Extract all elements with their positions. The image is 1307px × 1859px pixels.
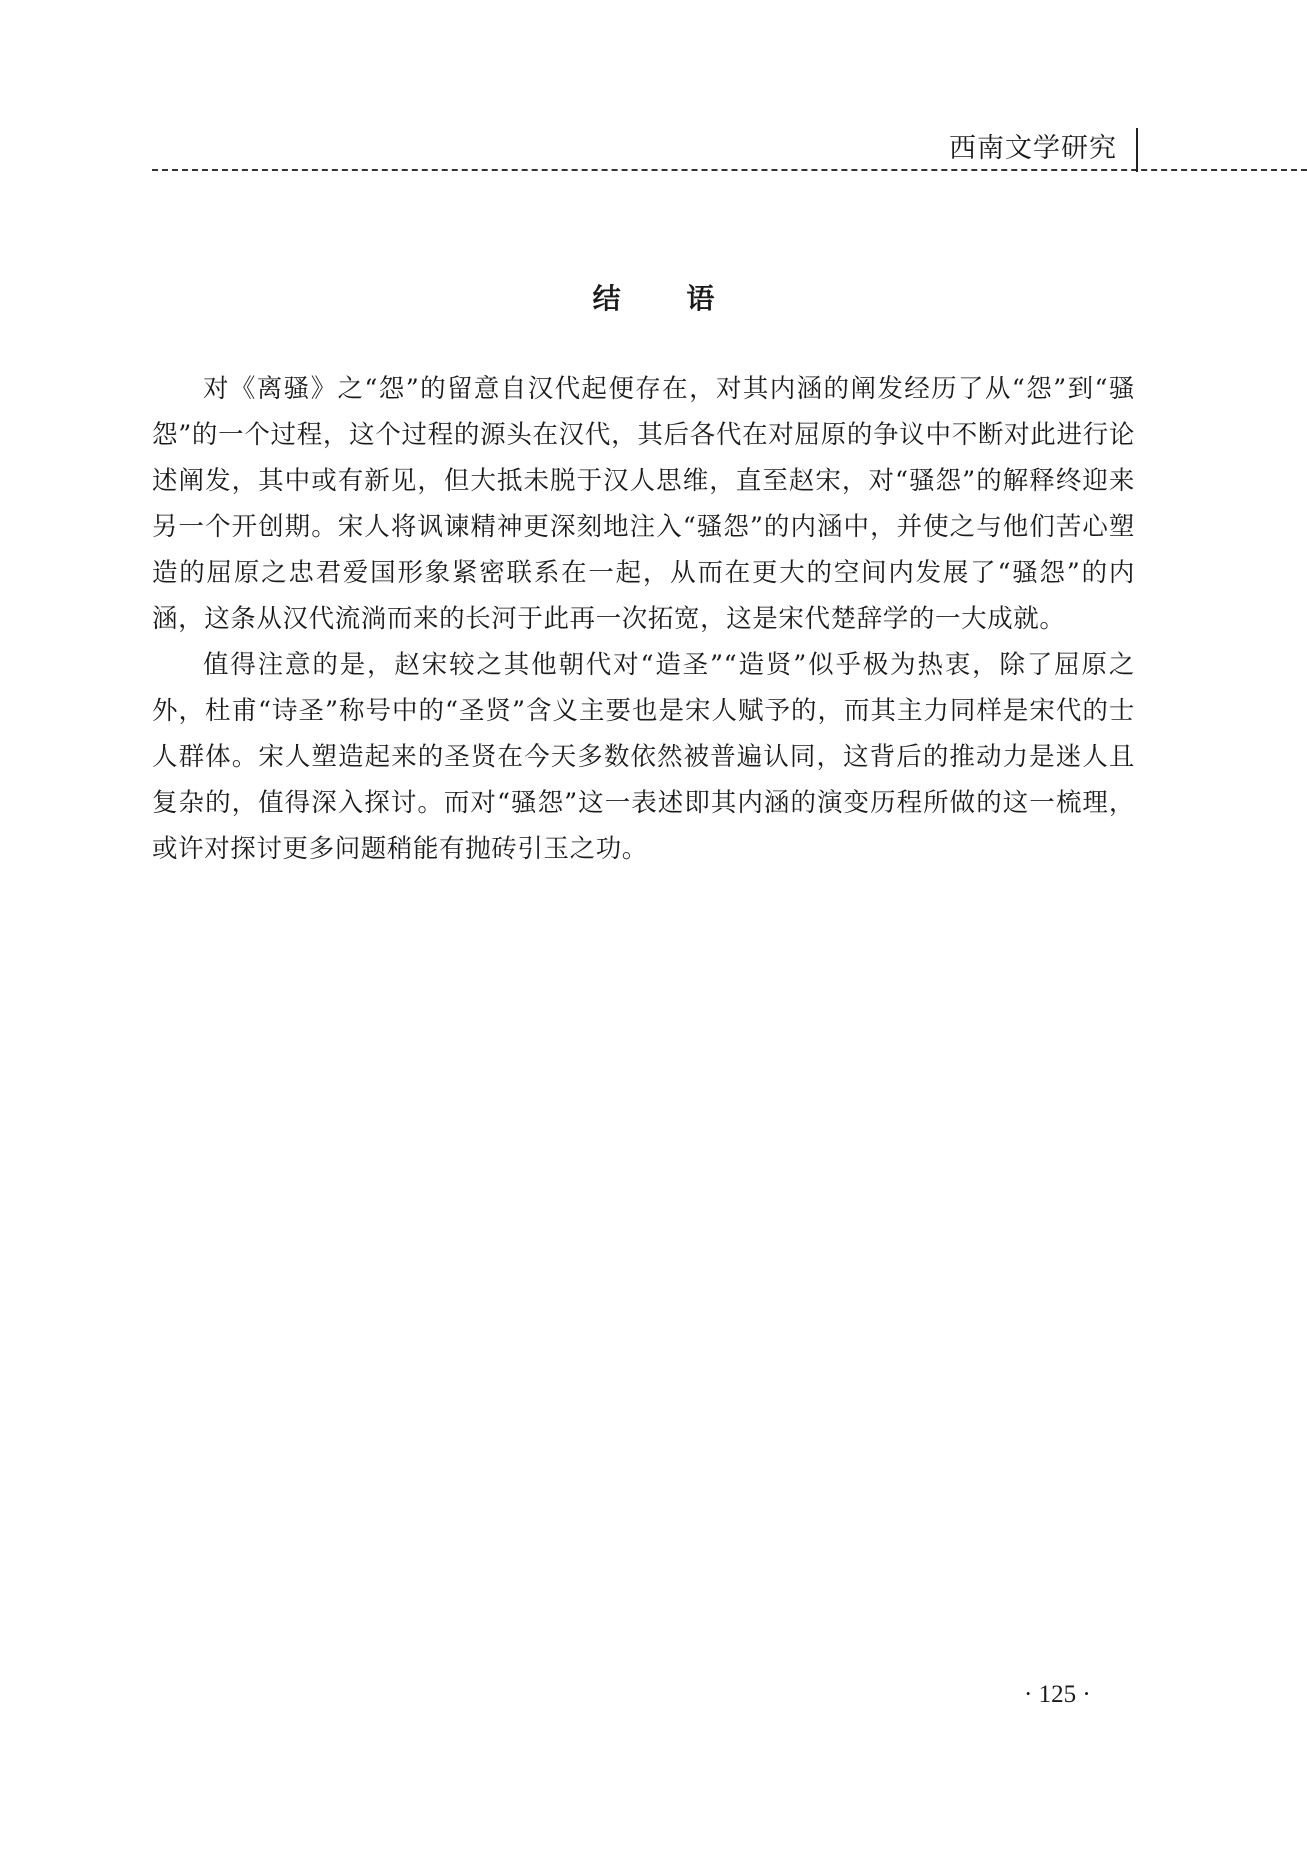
running-header: 西南文学研究: [152, 128, 1307, 172]
body-text: 对《离骚》之“怨”的留意自汉代起便存在，对其内涵的阐发经历了从“怨”到“骚怨”的…: [152, 366, 1135, 872]
paragraph-1: 对《离骚》之“怨”的留意自汉代起便存在，对其内涵的阐发经历了从“怨”到“骚怨”的…: [152, 366, 1135, 642]
page-number: · 125 ·: [1024, 1681, 1091, 1709]
paragraph-2: 值得注意的是，赵宋较之其他朝代对“造圣”“造贤”似乎极为热衷，除了屈原之外，杜甫…: [152, 642, 1135, 872]
journal-title: 西南文学研究: [949, 132, 1127, 166]
section-title: 结 语: [0, 277, 1307, 317]
header-vertical-bar: [1136, 128, 1138, 172]
header-dashed-rule: [152, 169, 1307, 171]
